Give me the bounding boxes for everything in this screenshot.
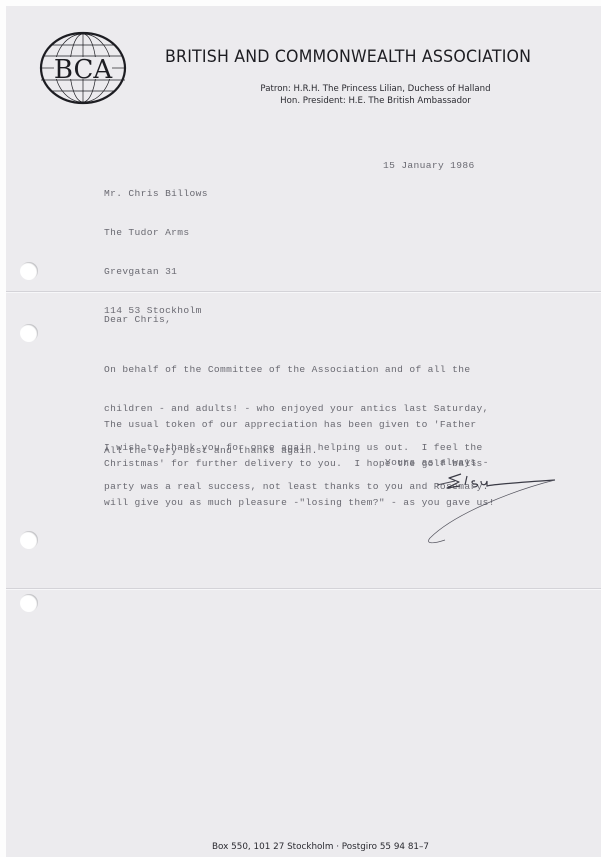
body-line: The usual token of our appreciation has … xyxy=(104,418,495,431)
footer-address: Box 550, 101 27 Stockholm · Postgiro 55 … xyxy=(0,842,601,852)
address-line: Mr. Chris Billows xyxy=(104,187,208,200)
fold-line xyxy=(6,291,601,292)
organization-name: BRITISH AND COMMONWEALTH ASSOCIATION xyxy=(165,47,531,67)
patron-line: Patron: H.R.H. The Princess Lilian, Duch… xyxy=(0,84,601,94)
letter-date: 15 January 1986 xyxy=(383,159,475,172)
punch-hole xyxy=(20,324,38,342)
punch-hole xyxy=(20,262,38,280)
address-line: The Tudor Arms xyxy=(104,226,208,239)
punch-hole xyxy=(20,594,38,612)
handwritten-signature-icon xyxy=(415,468,565,548)
recipient-address: Mr. Chris Billows The Tudor Arms Grevgat… xyxy=(104,161,208,330)
body-line: On behalf of the Committee of the Associ… xyxy=(104,363,489,376)
salutation: Dear Chris, xyxy=(104,313,171,326)
punch-hole xyxy=(20,531,38,549)
bca-globe-logo-icon: BCA xyxy=(38,30,128,106)
closing-line: All the very best and thanks again. xyxy=(104,444,318,457)
svg-text:BCA: BCA xyxy=(54,55,113,85)
address-line: Grevgatan 31 xyxy=(104,265,208,278)
president-line: Hon. President: H.E. The British Ambassa… xyxy=(0,96,601,106)
fold-line xyxy=(6,588,601,589)
